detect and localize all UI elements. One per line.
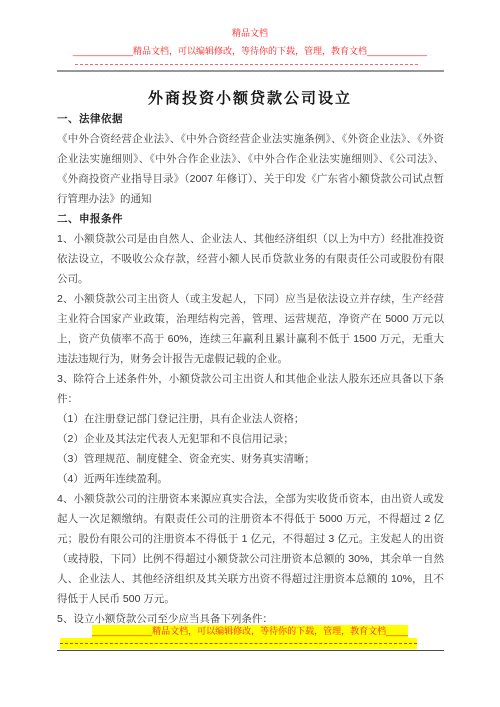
paragraph-condition-3-subitem-2: （2）企业及其法定代表人无犯罪和不良信用记录； (57, 429, 444, 449)
document-body: 一、法律依据 《中外合资经营企业法》、《中外合资经营企业法实施条例》、《外资企业… (57, 109, 444, 629)
paragraph-condition-4: 4、小额贷款公司的注册资本来源应真实合法，全部为实收货币资本，由出资人或发起人一… (57, 489, 444, 609)
paragraph-condition-3: 3、除符合上述条件外，小额贷款公司主出资人和其他企业法人股东还应具备以下条件： (57, 369, 444, 409)
paragraph-condition-3-subitem-4: （4）近两年连续盈利。 (57, 469, 444, 489)
paragraph-condition-3-subitem-3: （3）管理规范、制度健全、资金充实、财务真实清晰； (57, 449, 444, 469)
footer-rule (57, 650, 444, 651)
header-promo-banner: ____________精品文档，可以编辑修改，等待你的下载，管理，教育文档__… (0, 45, 500, 57)
section-heading-legal-basis: 一、法律依据 (57, 109, 444, 129)
footer-highlight-strip (60, 638, 417, 649)
header-rule (57, 70, 444, 72)
paragraph-condition-3-subitem-1: （1）在注册登记部门登记注册，具有企业法人资格； (57, 409, 444, 429)
document-title: 外商投资小额贷款公司设立 (0, 89, 500, 109)
section-heading-application-conditions: 二、申报条件 (57, 209, 444, 229)
paragraph-legal-basis: 《中外合资经营企业法》、《中外合资经营企业法实施条例》、《外资企业法》、《外资企… (57, 129, 444, 209)
header-watermark: 精品文档 (0, 27, 500, 39)
document-page: 精品文档 ____________精品文档，可以编辑修改，等待你的下载，管理，教… (0, 0, 500, 707)
header-dotted-divider (75, 64, 418, 65)
footer-promo-banner: ____________精品文档，可以编辑修改，等待你的下载，管理，教育文档__… (92, 625, 408, 638)
footer-dotted-divider (60, 643, 417, 644)
paragraph-condition-1: 1、小额贷款公司是由自然人、企业法人、其他经济组织（以上为中方）经批准投资依法设… (57, 229, 444, 289)
paragraph-condition-2: 2、小额贷款公司主出资人（或主发起人，下同）应当是依法设立并存续，生产经营主业符… (57, 289, 444, 369)
